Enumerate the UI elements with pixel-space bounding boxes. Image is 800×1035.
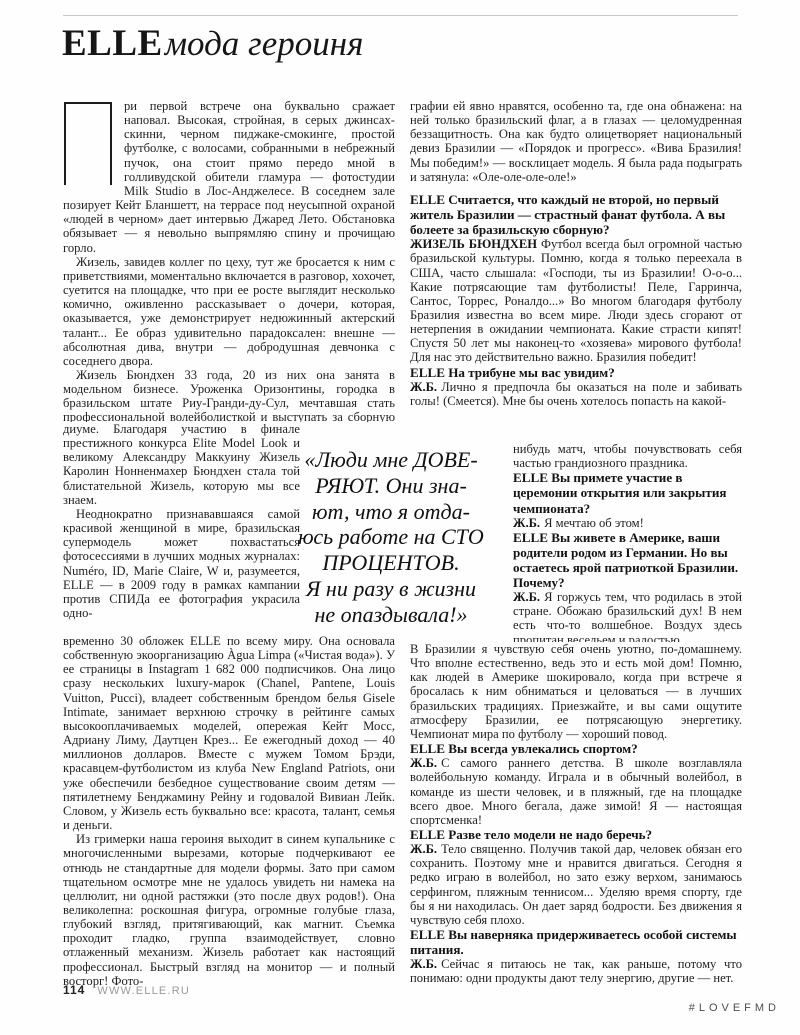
interview-answer: Ж.Б.Лично я предпочла бы оказаться на по… — [410, 380, 742, 408]
right-column-narrow-block: нибудь матч, чтобы почувствовать себя ча… — [513, 442, 742, 642]
answer-text: Футбол всегда был огромной частью бразил… — [410, 237, 742, 364]
left-column-narrow-block: диуме. Благодаря участию в финале прести… — [63, 422, 300, 634]
page-number: 114 — [63, 983, 85, 997]
body-paragraph: диуме. Благодаря участию в финале прести… — [63, 422, 300, 507]
answer-speaker-label: Ж.Б. — [513, 590, 540, 604]
interview-question: ELLE Разве тело модели не надо беречь? — [410, 827, 742, 842]
answer-text: Я мечтаю об этом! — [544, 516, 644, 530]
body-paragraph: графии ей явно нравятся, особенно та, гд… — [410, 99, 742, 184]
interview-answer: Ж.Б.Тело священно. Получив такой дар, че… — [410, 842, 742, 927]
qa-item: ELLE Вы наверняка придерживаетесь особой… — [410, 927, 742, 986]
answer-speaker-label: Ж.Б. — [410, 957, 437, 971]
interview-question: ELLE Считается, что каждый не второй, но… — [410, 192, 742, 237]
interview-question: ELLE Вы примете участие в церемонии откр… — [513, 470, 742, 515]
left-column-bottom-block: временно 30 обложек ELLE по всему миру. … — [63, 634, 395, 988]
website-url: WWW.ELLE.RU — [97, 985, 190, 997]
answer-continuation: В Бразилии я чувствую себя очень уютно, … — [410, 642, 742, 741]
qa-item: ELLE Вы всегда увлекались спортом? Ж.Б.С… — [410, 741, 742, 827]
answer-speaker-label: Ж.Б. — [410, 756, 437, 770]
interview-question: ELLE Вы наверняка придерживаетесь особой… — [410, 927, 742, 957]
answer-speaker-label: ЖИЗЕЛЬ БЮНДХЕН — [410, 237, 537, 251]
qa-item: ELLE Вы живете в Америке, ваши родители … — [513, 530, 742, 642]
interview-answer: Ж.Б.Я мечтаю об этом! — [513, 516, 742, 530]
header-rule — [63, 15, 738, 16]
answer-continuation: нибудь матч, чтобы почувствовать себя ча… — [513, 442, 742, 470]
answer-speaker-label: Ж.Б. — [410, 842, 437, 856]
qa-item: ELLE На трибуне мы вас увидим? Ж.Б.Лично… — [410, 365, 742, 408]
body-paragraph: ри первой встрече она буквально сражает … — [63, 99, 395, 255]
interview-answer: ЖИЗЕЛЬ БЮНДХЕНФутбол всегда был огромной… — [410, 237, 742, 364]
body-paragraph: Жизель, завидев коллег по цеху, тут же б… — [63, 255, 395, 368]
elle-logo: ELLE — [62, 22, 163, 65]
dropcap-letter-p — [64, 102, 112, 185]
right-column-bottom-block: В Бразилии я чувствую себя очень уютно, … — [410, 642, 742, 986]
answer-text: С самого раннего детства. В школе возгла… — [410, 756, 742, 827]
interview-question: ELLE Вы всегда увлекались спортом? — [410, 741, 742, 756]
answer-text: Я горжусь тем, что родилась в этой стран… — [513, 590, 742, 642]
body-paragraph: временно 30 обложек ELLE по всему миру. … — [63, 634, 395, 832]
interview-answer: Ж.Б.Сейчас я питаюсь не так, как раньше,… — [410, 957, 742, 985]
interview-answer: Ж.Б.Я горжусь тем, что родилась в этой с… — [513, 590, 742, 642]
body-paragraph: Жизель Бюндхен 33 года, 20 из них она за… — [63, 368, 395, 422]
answer-text: Лично я предпочла бы оказаться на поле и… — [410, 380, 742, 408]
left-column-top-block: ри первой встрече она буквально сражает … — [63, 99, 395, 422]
qa-item: ELLE Считается, что каждый не второй, но… — [410, 192, 742, 365]
watermark: #LOVEFMD — [689, 1002, 780, 1014]
right-column-top-block: графии ей явно нравятся, особенно та, гд… — [410, 99, 742, 442]
qa-item: ELLE Вы примете участие в церемонии откр… — [513, 470, 742, 529]
interview-question: ELLE Вы живете в Америке, ваши родители … — [513, 530, 742, 590]
page-footer: 114 WWW.ELLE.RU — [63, 983, 190, 997]
qa-item: ELLE Разве тело модели не надо беречь? Ж… — [410, 827, 742, 927]
answer-speaker-label: Ж.Б. — [410, 380, 437, 394]
answer-text: Тело священно. Получив такой дар, челове… — [410, 842, 742, 927]
page-header: ELLEмода героиня — [62, 22, 363, 65]
pull-quote: «Люди мне ДОВЕ- РЯЮТ. Они зна- ют, что я… — [286, 447, 496, 628]
body-paragraph: Неоднократно признававшаяся самой красив… — [63, 507, 300, 620]
body-paragraph: Из гримерки наша героиня выходит в синем… — [63, 832, 395, 988]
answer-speaker-label: Ж.Б. — [513, 516, 540, 530]
section-title: мода героиня — [165, 24, 364, 64]
interview-question: ELLE На трибуне мы вас увидим? — [410, 365, 742, 380]
answer-text: Сейчас я питаюсь не так, как раньше, пот… — [410, 957, 742, 985]
interview-answer: Ж.Б.С самого раннего детства. В школе во… — [410, 756, 742, 827]
magazine-page: ELLEмода героиня ри первой встрече она б… — [0, 0, 800, 1035]
